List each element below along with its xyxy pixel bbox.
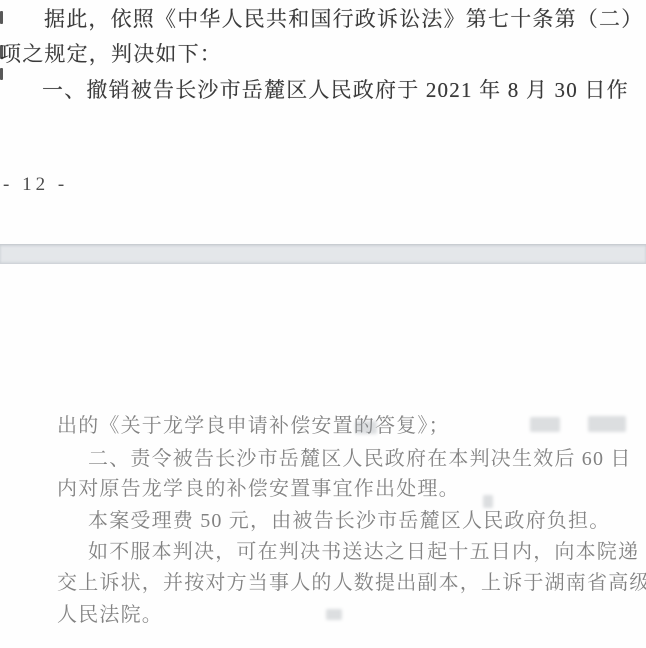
judgment-text-line: 内对原告龙学良的补偿安置事宜作出处理。: [57, 478, 460, 501]
judgment-text-line: 本案受理费 50 元，由被告长沙市岳麓区人民政府负担。: [88, 510, 610, 533]
ink-bleed-smudge: [588, 416, 626, 432]
judgment-text-line: 交上诉状，并按对方当事人的人数提出副本，上诉于湖南省高级: [57, 572, 646, 595]
page-number: - 12 -: [3, 174, 68, 196]
ink-bleed-smudge: [483, 495, 493, 508]
judgment-text-line: 项之规定，判决如下：: [0, 42, 222, 66]
judgment-text-line: 如不服本判决，可在判决书送达之日起十五日内，向本院递: [88, 541, 639, 564]
judgment-text-line: 出的《关于龙学良申请补偿安置的答复》；: [57, 415, 450, 438]
page-separator: [0, 244, 646, 264]
judgment-text-line: 据此，依照《中华人民共和国行政诉讼法》第七十条第（二）: [44, 7, 643, 31]
ink-bleed-smudge: [355, 421, 377, 434]
judgment-text-line: 一、撤销被告长沙市岳麓区人民政府于 2021 年 8 月 30 日作: [42, 78, 629, 102]
scan-edge-artifact: [0, 11, 3, 24]
judgment-text-line: 二、责令被告长沙市岳麓区人民政府在本判决生效后 60 日: [88, 448, 632, 471]
ink-bleed-smudge: [530, 417, 560, 432]
scan-edge-artifact: [0, 45, 3, 59]
judgment-text-line: 人民法院。: [57, 604, 163, 627]
scan-edge-artifact: [0, 68, 3, 80]
page-12-bottom: 据此，依照《中华人民共和国行政诉讼法》第七十条第（二） 项之规定，判决如下： 一…: [0, 0, 646, 244]
page-13-top: 出的《关于龙学良申请补偿安置的答复》； 二、责令被告长沙市岳麓区人民政府在本判决…: [0, 264, 646, 648]
document-viewer: 据此，依照《中华人民共和国行政诉讼法》第七十条第（二） 项之规定，判决如下： 一…: [0, 0, 646, 648]
ink-bleed-smudge: [326, 609, 342, 620]
